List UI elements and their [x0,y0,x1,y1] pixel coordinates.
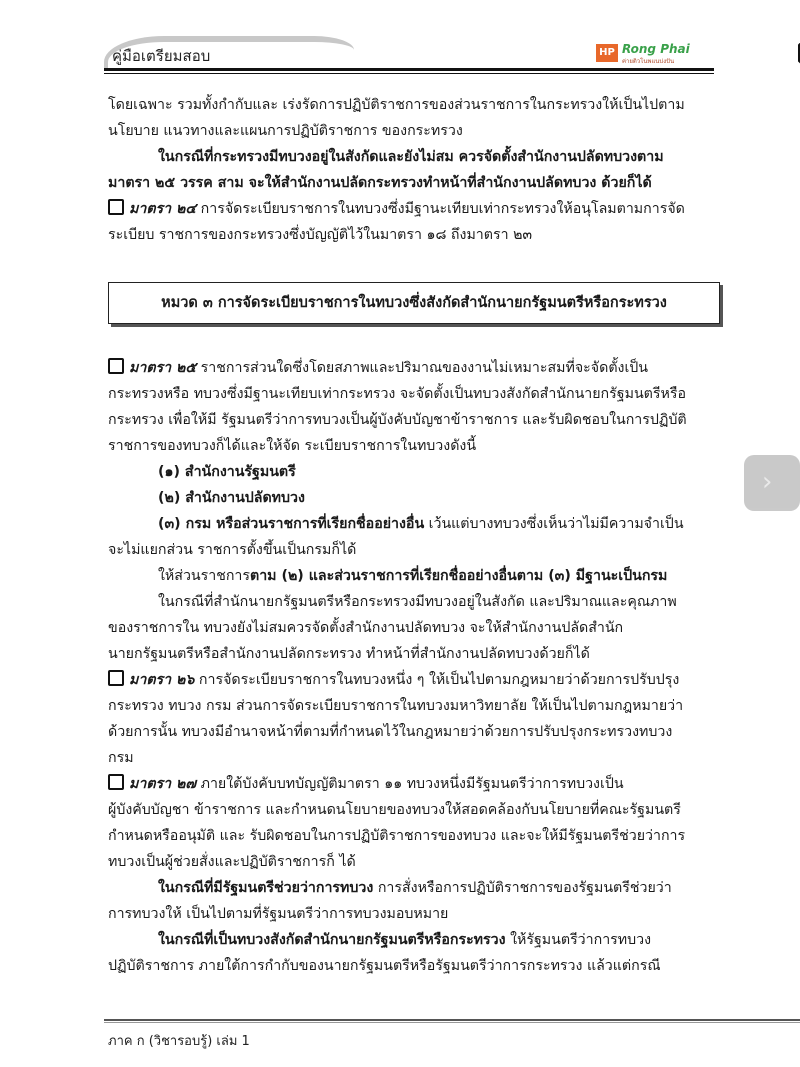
text-line: ในกรณีที่สำนักนายกรัฐมนตรีหรือกระทรวงมีท… [108,589,718,615]
page-header: คู่มือเตรียมสอบ HP Rong Phai ค่ายติวโนพแ… [104,30,740,80]
text-normal: ให้รัฐมนตรีว่าการทบวง [506,932,651,948]
checkbox-square-icon [108,774,124,790]
text-line: ผู้บังคับบัญชา ข้าราชการ และกำหนดนโยบายข… [108,797,718,823]
text-line: กรม [108,745,718,771]
footer-rule [104,1019,800,1021]
text-line: นโยบาย แนวทางและแผนการปฏิบัติราชการ ของก… [108,118,718,144]
section-text: การจัดระเบียบราชการในทบวงหนึ่ง ๆ ให้เป็น… [194,672,679,688]
logo-subtitle: ค่ายติวโนพแนบ่งปัน [622,56,674,66]
logo-badge: HP [596,44,618,62]
text-normal: การสั่งหรือการปฏิบัติราชการของรัฐมนตรีช่… [373,880,671,896]
text-line: ทบวงเป็นผู้ช่วยสั่งและปฏิบัติราชการก็ ได… [108,849,718,875]
text-normal: ให้ส่วนราชการ [158,568,250,584]
text-line: กระทรวง ทบวง กรม ส่วนการจัดระเบียบราชการ… [108,693,718,719]
chapter-title-box: หมวด ๓ การจัดระเบียบราชการในทบวงซึ่งสังก… [108,282,720,324]
section-26-heading: มาตรา ๒๖ การจัดระเบียบราชการในทบวงหนึ่ง … [108,667,718,693]
section-label: มาตรา ๒๔ [129,201,196,217]
text-line: ปฏิบัติราชการ ภายใต้การกำกับของนายกรัฐมน… [108,953,718,979]
text-line: ระเบียบ ราชการของกระทรวงซึ่งบัญญัติไว้ใน… [108,222,718,248]
text-bold: ตาม (๒) และส่วนราชการที่เรียกชื่ออย่างอื… [250,568,667,584]
footer-text: ภาค ก (วิชารอบรู้) เล่ม 1 [108,1030,250,1051]
checkbox-square-icon [108,199,124,215]
text-line: กระทรวง เพื่อให้มี รัฐมนตรีว่าการทบวงเป็… [108,407,718,433]
section-label: มาตรา ๒๖ [129,672,194,688]
text-line: นายกรัฐมนตรีหรือสำนักงานปลัดกระทรวง ทำหน… [108,641,718,667]
section-label: มาตรา ๒๕ [129,360,196,376]
list-item-rest: เว้นแต่บางทบวงซึ่งเห็นว่าไม่มีความจำเป็น [424,516,683,532]
text-line: ราชการของทบวงก็ได้และให้จัด ระเบียบราชกา… [108,433,718,459]
header-title: คู่มือเตรียมสอบ [112,44,210,68]
list-item: (๑) สำนักงานรัฐมนตรี [108,459,718,485]
checkbox-square-icon [108,670,124,686]
bold-paragraph-line: มาตรา ๒๕ วรรค สาม จะให้สำนักงานปลัดกระทร… [108,170,718,196]
text-line: กระทรวงหรือ ทบวงซึ่งมีฐานะเทียบเท่ากระทร… [108,381,718,407]
text-bold: ในกรณีที่เป็นทบวงสังกัดสำนักนายกรัฐมนตรี… [158,932,506,948]
text-line: ด้วยการนั้น ทบวงมีอำนาจหน้าที่ตามที่กำหน… [108,719,718,745]
section-text: การจัดระเบียบราชการในทบวงซึ่งมีฐานะเทียบ… [196,201,685,217]
section-25-heading: มาตรา ๒๕ ราชการส่วนใดซึ่งโดยสภาพและปริมา… [108,355,718,381]
text-line: ในกรณีที่มีรัฐมนตรีช่วยว่าการทบวง การสั่… [108,875,718,901]
header-rule [104,68,714,71]
bold-paragraph-line: ในกรณีที่กระทรวงมีทบวงอยู่ในสังกัดและยัง… [108,144,718,170]
header-rule-thin [104,73,714,74]
text-line: ให้ส่วนราชการตาม (๒) และส่วนราชการที่เรี… [108,563,718,589]
text-bold: ในกรณีที่มีรัฐมนตรีช่วยว่าการทบวง [158,880,373,896]
list-item: (๓) กรม หรือส่วนราชการที่เรียกชื่ออย่างอ… [108,511,718,537]
section-text: ภายใต้บังคับบทบัญญัติมาตรา ๑๑ ทบวงหนึ่งม… [196,776,623,792]
text-line: การทบวงให้ เป็นไปตามที่รัฐมนตรีว่าการทบว… [108,901,718,927]
sections-25-27: มาตรา ๒๕ ราชการส่วนใดซึ่งโดยสภาพและปริมา… [108,355,718,979]
section-27-heading: มาตรา ๒๗ ภายใต้บังคับบทบัญญัติมาตรา ๑๑ ท… [108,771,718,797]
list-item-bold: (๓) กรม หรือส่วนราชการที่เรียกชื่ออย่างอ… [158,516,424,532]
footer-rule-thin [104,1022,800,1023]
top-section: โดยเฉพาะ รวมทั้งกำกับและ เร่งรัดการปฏิบั… [108,92,718,248]
text-line: ของราชการใน ทบวงยังไม่สมควรจัดตั้งสำนักง… [108,615,718,641]
logo-text: Rong Phai [622,42,690,56]
section-24-heading: มาตรา ๒๔ การจัดระเบียบราชการในทบวงซึ่งมี… [108,196,718,222]
chevron-right-icon: › [762,469,772,495]
checkbox-square-icon [108,358,124,374]
text-line: ในกรณีที่เป็นทบวงสังกัดสำนักนายกรัฐมนตรี… [108,927,718,953]
list-item: (๒) สำนักงานปลัดทบวง [108,485,718,511]
text-line: โดยเฉพาะ รวมทั้งกำกับและ เร่งรัดการปฏิบั… [108,92,718,118]
section-text: ราชการส่วนใดซึ่งโดยสภาพและปริมาณของงานไม… [196,360,648,376]
rong-phai-logo: HP Rong Phai ค่ายติวโนพแนบ่งปัน [596,42,706,66]
section-label: มาตรา ๒๗ [129,776,196,792]
text-line: จะไม่แยกส่วน ราชการตั้งขึ้นเป็นกรมก็ได้ [108,537,718,563]
next-page-button[interactable]: › [744,455,800,511]
text-line: กำหนดหรืออนุมัติ และ รับผิดชอบในการปฏิบั… [108,823,718,849]
